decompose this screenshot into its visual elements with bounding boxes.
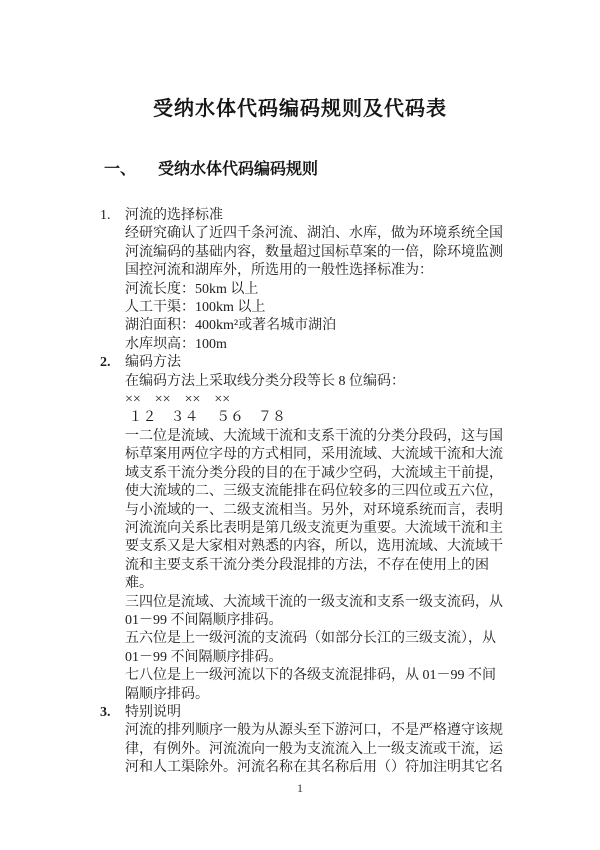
item-number: 1. <box>100 207 125 225</box>
item-heading: 特别说明 <box>125 704 509 722</box>
text-line: 律，有例外。河流流向一般为支流流入上一级支流或干流，运 <box>125 741 509 759</box>
text-line: 三四位是流域、大流域干流的一级支流和支系一级支流码，从 <box>125 594 509 612</box>
text-line: 河流流向关系比表明是第几级支流更为重要。大流域干流和主 <box>125 520 509 538</box>
text-line: 01－99 不间隔顺序排码。 <box>125 649 509 667</box>
document-title: 受纳水体代码编码规则及代码表 <box>0 0 600 121</box>
item-text: 在编码方法上采取线分类分段等长 8 位编码：×× ×× ×× ×× １２ ３４ … <box>125 373 509 704</box>
text-line: 经研究确认了近四千条河流、湖泊、水库，做为环境系统全国 <box>125 225 509 243</box>
text-line: 隔顺序排码。 <box>125 686 509 704</box>
section-number: 一、 <box>104 156 136 179</box>
list-item-2: 2. 编码方法 在编码方法上采取线分类分段等长 8 位编码：×× ×× ×× ×… <box>100 354 600 704</box>
item-text: 经研究确认了近四千条河流、湖泊、水库，做为环境系统全国河流编码的基础内容，数量超… <box>125 225 509 354</box>
text-line: 五六位是上一级河流的支流码（如部分长江的三级支流），从 <box>125 630 509 648</box>
item-body: 编码方法 在编码方法上采取线分类分段等长 8 位编码：×× ×× ×× ×× １… <box>125 354 509 704</box>
text-line: 01－99 不间隔顺序排码。 <box>125 612 509 630</box>
list-item-1: 1. 河流的选择标准 经研究确认了近四千条河流、湖泊、水库，做为环境系统全国河流… <box>100 207 600 354</box>
document-body: 1. 河流的选择标准 经研究确认了近四千条河流、湖泊、水库，做为环境系统全国河流… <box>0 207 600 778</box>
text-line: 难。 <box>125 575 509 593</box>
text-line: 河流的排列顺序一般为从源头至下游河口，不是严格遵守该规 <box>125 722 509 740</box>
text-line: 湖泊面积：400km²或著名城市湖泊 <box>125 317 509 335</box>
item-heading: 河流的选择标准 <box>125 207 509 225</box>
text-line: 七八位是上一级河流以下的各级支流混排码，从 01－99 不间 <box>125 667 509 685</box>
text-line: 使大流域的二、三级支流能排在码位较多的三四位或五六位， <box>125 483 509 501</box>
text-line: 与小流域的一、二级支流相当。另外，对环境系统而言，表明 <box>125 502 509 520</box>
list-item-3: 3. 特别说明 河流的排列顺序一般为从源头至下游河口，不是严格遵守该规律，有例外… <box>100 704 600 778</box>
item-number: 3. <box>100 704 125 722</box>
text-line: 河流长度：50km 以上 <box>125 281 509 299</box>
text-line: 标草案用两位字母的方式相同，采用流域、大流域干流和大流 <box>125 446 509 464</box>
item-heading: 编码方法 <box>125 354 509 372</box>
item-number: 2. <box>100 354 125 372</box>
document-page: 受纳水体代码编码规则及代码表 一、受纳水体代码编码规则 1. 河流的选择标准 经… <box>0 0 600 850</box>
item-body: 特别说明 河流的排列顺序一般为从源头至下游河口，不是严格遵守该规律，有例外。河流… <box>125 704 509 778</box>
text-line: 要支系又是大家相对熟悉的内容，所以，选用流域、大流域干 <box>125 538 509 556</box>
text-line: 水库坝高：100m <box>125 336 509 354</box>
text-line: 人工干渠：100km 以上 <box>125 299 509 317</box>
page-number: 1 <box>0 781 600 796</box>
text-line: 一二位是流域、大流域干流和支系干流的分类分段码，这与国 <box>125 428 509 446</box>
text-line: 流和主要支系干流分类分段混排的方法，不存在使用上的困 <box>125 557 509 575</box>
text-line: 河流编码的基础内容，数量超过国标草案的一倍，除环境监测 <box>125 244 509 262</box>
item-body: 河流的选择标准 经研究确认了近四千条河流、湖泊、水库，做为环境系统全国河流编码的… <box>125 207 509 354</box>
text-line: 在编码方法上采取线分类分段等长 8 位编码： <box>125 373 509 391</box>
text-line: 域支系干流分类分段的目的在于减少空码，大流域主干前提， <box>125 465 509 483</box>
text-line: 河和人工渠除外。河流名称在其名称后用（）符加注明其它名 <box>125 759 509 777</box>
text-line: １２ ３４ ５６ ７８ <box>125 409 509 427</box>
text-line: ×× ×× ×× ×× <box>125 391 509 409</box>
section-heading: 一、受纳水体代码编码规则 <box>0 156 600 179</box>
section-title: 受纳水体代码编码规则 <box>158 161 318 178</box>
item-text: 河流的排列顺序一般为从源头至下游河口，不是严格遵守该规律，有例外。河流流向一般为… <box>125 722 509 777</box>
text-line: 国控河流和湖库外，所选用的一般性选择标准为： <box>125 262 509 280</box>
